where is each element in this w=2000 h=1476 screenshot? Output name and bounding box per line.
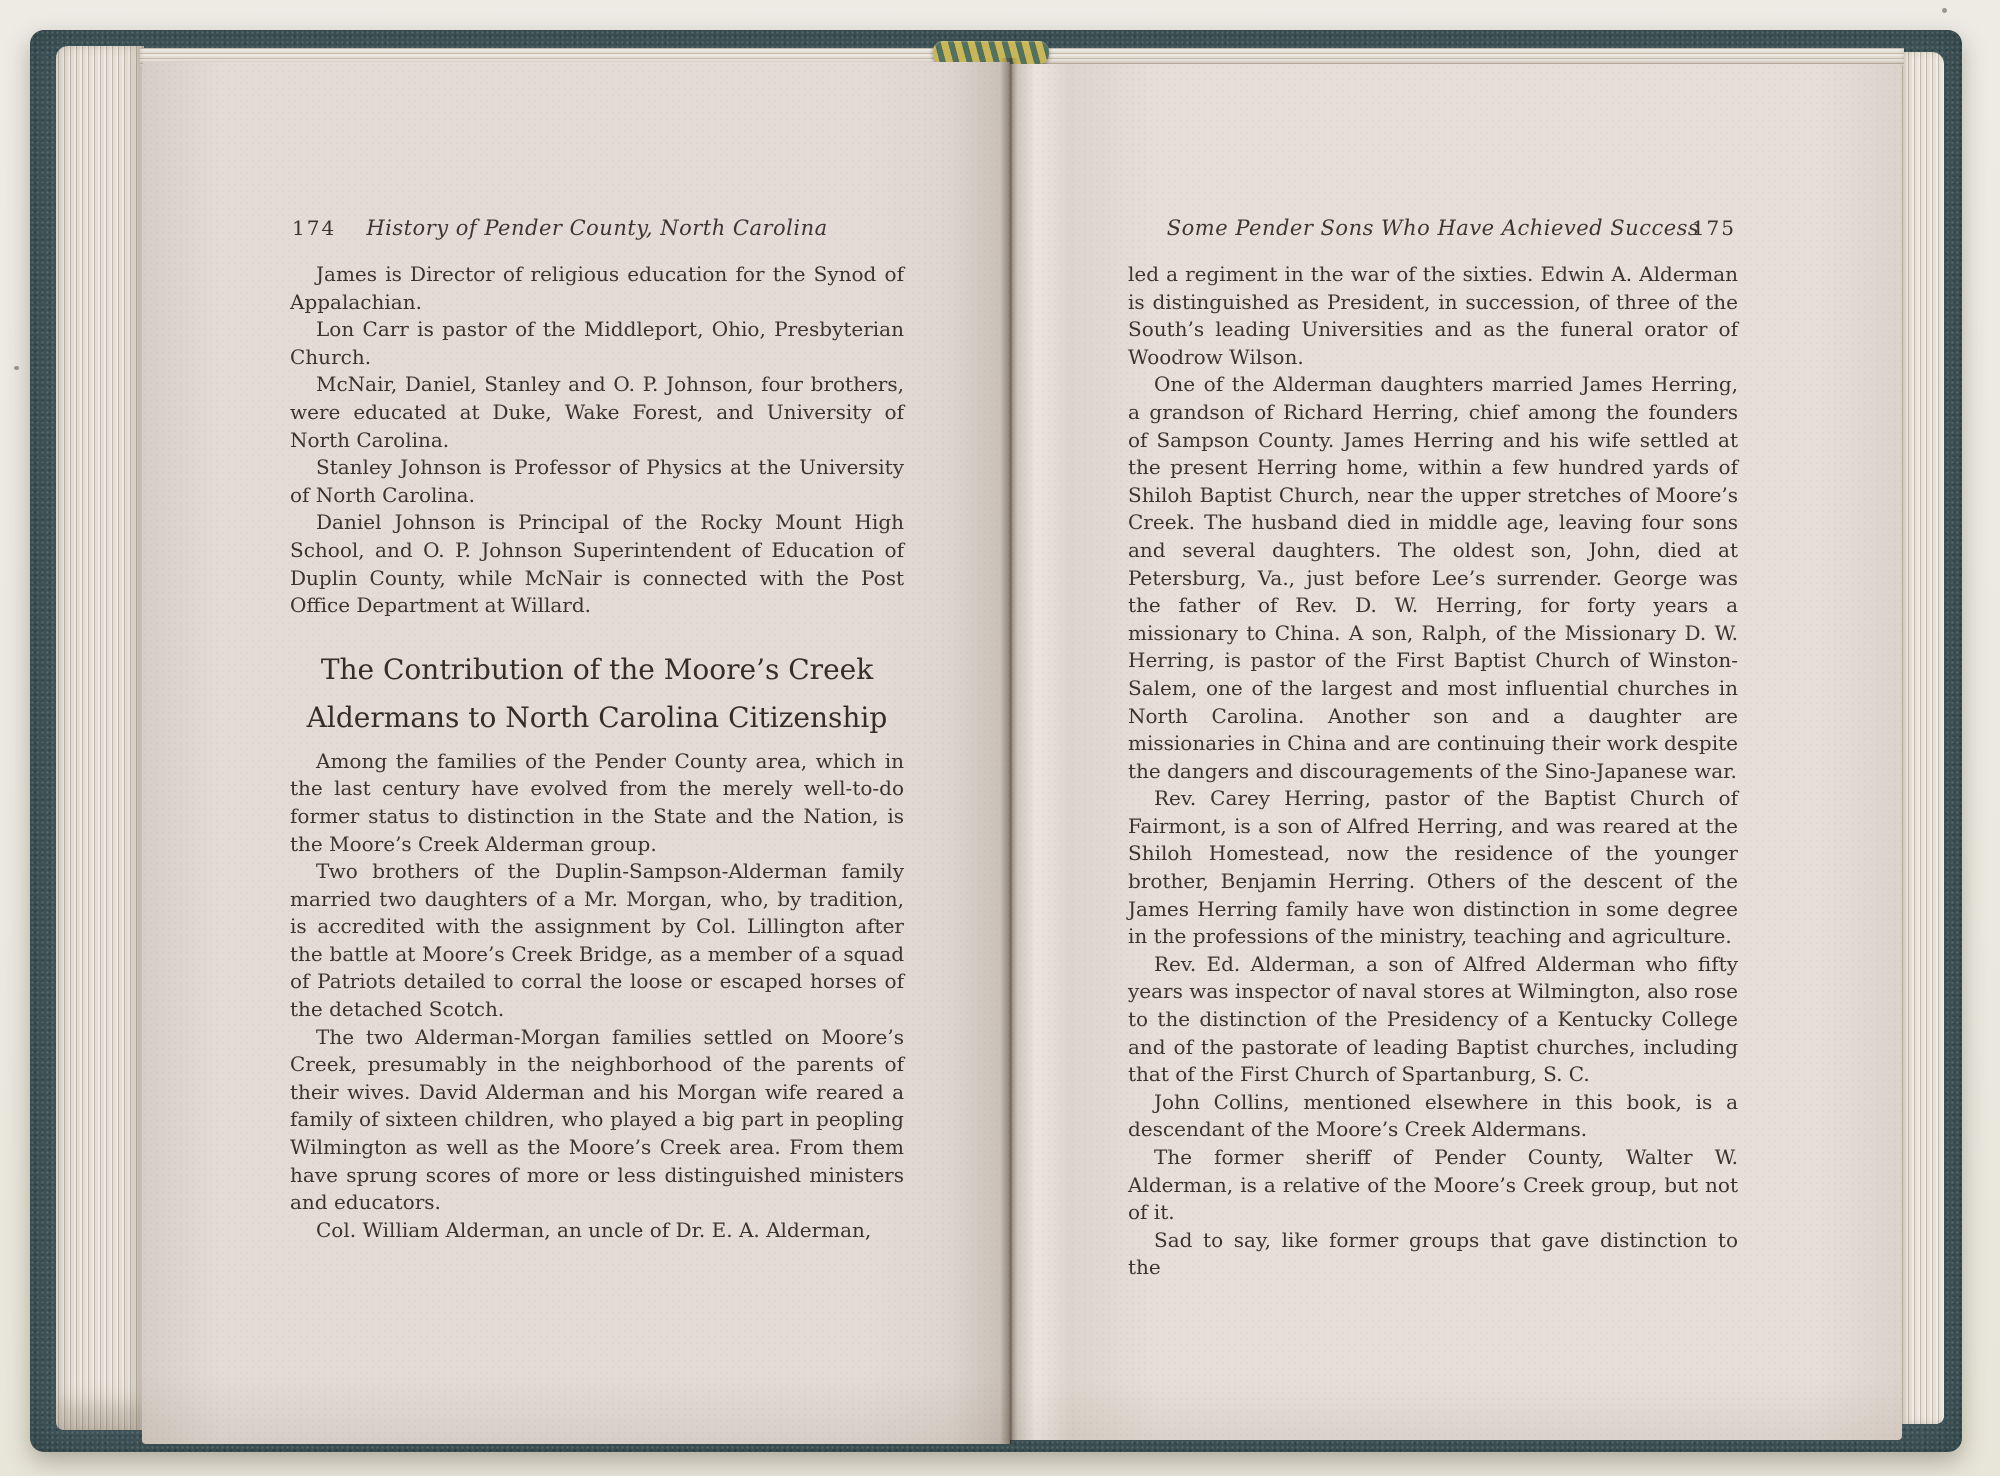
paragraph: The two Alderman-Morgan families settled… [290, 1024, 904, 1217]
right-page-text: Some Pender Sons Who Have Achieved Succe… [1128, 214, 1738, 1282]
paragraph: Rev. Ed. Alderman, a son of Alfred Alder… [1128, 951, 1738, 1089]
section-heading-line1: The Contribution of the Moore’s Creek [290, 646, 904, 694]
gutter-shadow [1000, 58, 1018, 1444]
right-page-number: 175 [1692, 214, 1736, 242]
left-page-text: 174 History of Pender County, North Caro… [290, 214, 904, 1244]
page-edges-left [56, 46, 144, 1430]
paragraph: Two brothers of the Duplin-Sampson-Alder… [290, 858, 904, 1024]
backdrop-speck [14, 366, 19, 370]
paragraph: Lon Carr is pastor of the Middleport, Oh… [290, 316, 904, 371]
right-running-title: Some Pender Sons Who Have Achieved Succe… [1128, 214, 1738, 242]
headband [933, 41, 1049, 64]
paragraph: led a regiment in the war of the sixties… [1128, 261, 1738, 371]
paragraph: Sad to say, like former groups that gave… [1128, 1227, 1738, 1282]
paragraph: Daniel Johnson is Principal of the Rocky… [290, 509, 904, 619]
left-page-header: 174 History of Pender County, North Caro… [290, 214, 904, 244]
right-page-header: Some Pender Sons Who Have Achieved Succe… [1128, 214, 1738, 244]
left-page-number: 174 [292, 214, 336, 242]
paragraph: Stanley Johnson is Professor of Physics … [290, 454, 904, 509]
left-running-title: History of Pender County, North Carolina [290, 214, 904, 242]
paragraph: McNair, Daniel, Stanley and O. P. Johnso… [290, 371, 904, 454]
paragraph: John Collins, mentioned elsewhere in thi… [1128, 1089, 1738, 1144]
section-heading: The Contribution of the Moore’s Creek Al… [290, 646, 904, 742]
paragraph: James is Director of religious education… [290, 261, 904, 316]
paragraph: Rev. Carey Herring, pastor of the Baptis… [1128, 785, 1738, 951]
paragraph: Col. William Alderman, an uncle of Dr. E… [290, 1217, 904, 1245]
paragraph: Among the families of the Pender County … [290, 748, 904, 858]
paragraph: The former sheriff of Pender County, Wal… [1128, 1144, 1738, 1227]
backdrop-speck [1942, 8, 1947, 13]
section-heading-line2: Aldermans to North Carolina Citizenship [290, 694, 904, 742]
paragraph: One of the Alderman daughters married Ja… [1128, 371, 1738, 785]
page-edges-right [1900, 52, 1944, 1424]
scanned-book-spread: 174 History of Pender County, North Caro… [0, 0, 2000, 1476]
